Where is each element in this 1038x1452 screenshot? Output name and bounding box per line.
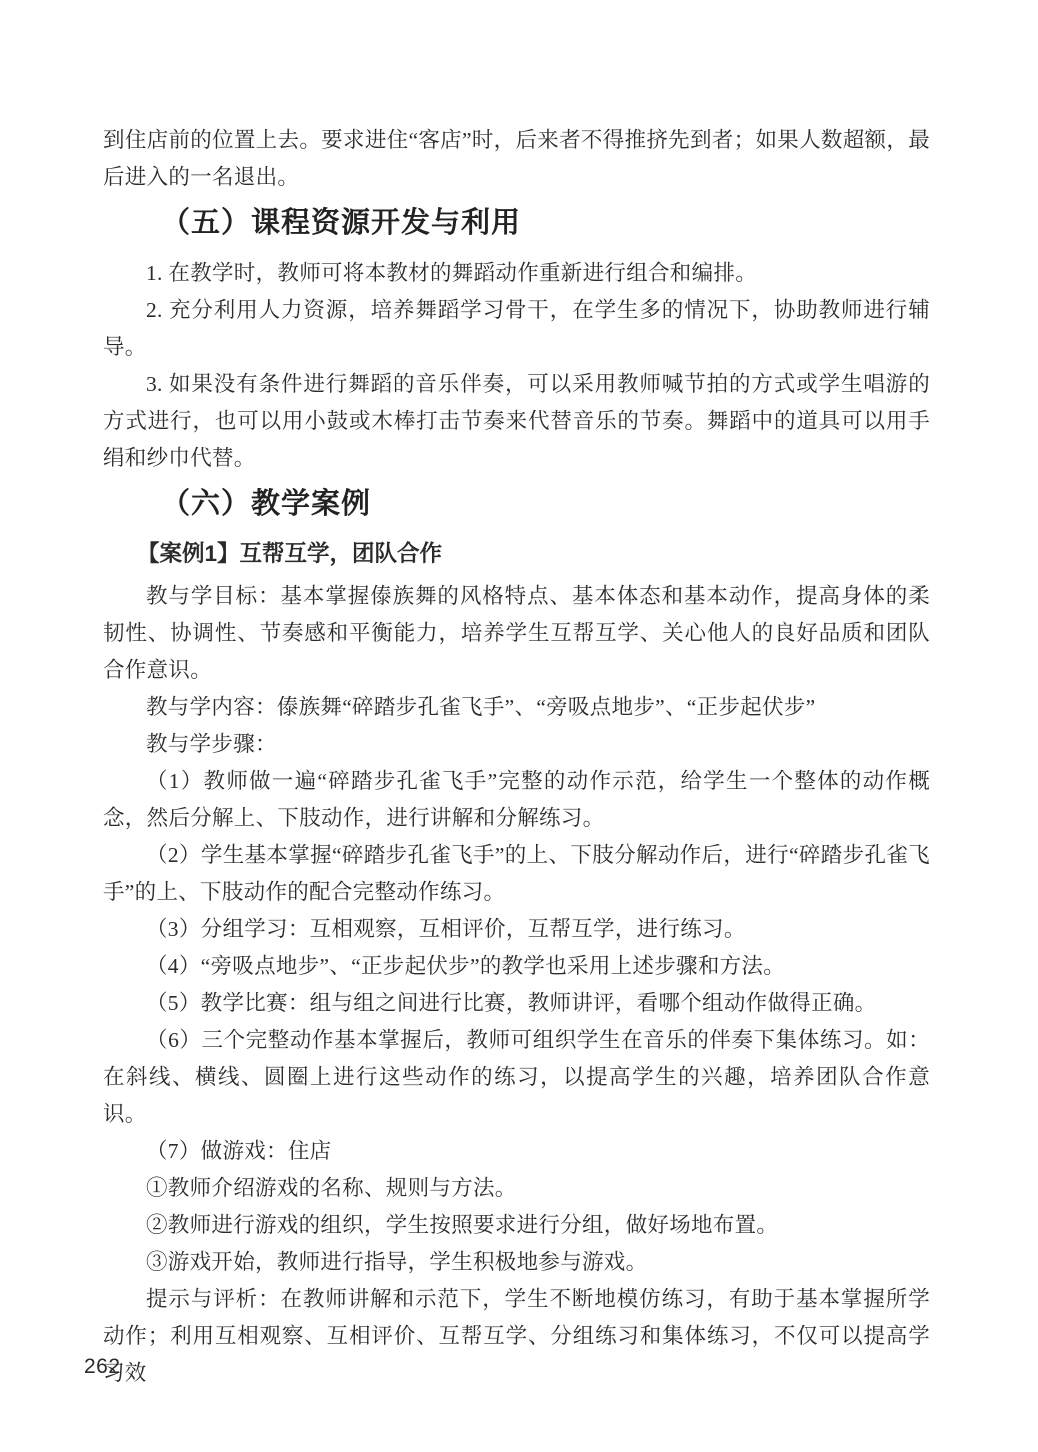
paragraph-content: 教与学内容：傣族舞“碎踏步孔雀飞手”、“旁吸点地步”、“正步起伏步” — [103, 689, 930, 726]
paragraph: 到住店前的位置上去。要求进住“客店”时，后来者不得推挤先到者；如果人数超额，最后… — [103, 122, 930, 196]
game-step-1: ①教师介绍游戏的名称、规则与方法。 — [103, 1170, 930, 1207]
game-step-3: ③游戏开始，教师进行指导，学生积极地参与游戏。 — [103, 1244, 930, 1281]
step-7: （7）做游戏：住店 — [103, 1133, 930, 1170]
step-3: （3）分组学习：互相观察，互相评价，互帮互学，进行练习。 — [103, 911, 930, 948]
paragraph-steps-label: 教与学步骤： — [103, 726, 930, 763]
step-5: （5）教学比赛：组与组之间进行比赛，教师讲评，看哪个组动作做得正确。 — [103, 985, 930, 1022]
list-item-1: 1. 在教学时，教师可将本教材的舞蹈动作重新进行组合和编排。 — [103, 255, 930, 292]
document-page: 到住店前的位置上去。要求进住“客店”时，后来者不得推挤先到者；如果人数超额，最后… — [0, 0, 1038, 1452]
game-step-2: ②教师进行游戏的组织，学生按照要求进行分组，做好场地布置。 — [103, 1207, 930, 1244]
paragraph-tips: 提示与评析：在教师讲解和示范下，学生不断地模仿练习，有助于基本掌握所学动作；利用… — [103, 1281, 930, 1392]
list-item-2: 2. 充分利用人力资源，培养舞蹈学习骨干，在学生多的情况下，协助教师进行辅导。 — [103, 292, 930, 366]
section-heading-6: （六）教学案例 — [103, 484, 930, 524]
step-1: （1）教师做一遍“碎踏步孔雀飞手”完整的动作示范，给学生一个整体的动作概念，然后… — [103, 763, 930, 837]
step-6: （6）三个完整动作基本掌握后，教师可组织学生在音乐的伴奏下集体练习。如：在斜线、… — [103, 1022, 930, 1133]
page-body: 到住店前的位置上去。要求进住“客店”时，后来者不得推挤先到者；如果人数超额，最后… — [103, 122, 930, 1392]
section-heading-5: （五）课程资源开发与利用 — [103, 203, 930, 243]
paragraph-goals: 教与学目标：基本掌握傣族舞的风格特点、基本体态和基本动作，提高身体的柔韧性、协调… — [103, 578, 930, 689]
case-heading: 【案例1】互帮互学，团队合作 — [103, 536, 930, 572]
step-2: （2）学生基本掌握“碎踏步孔雀飞手”的上、下肢分解动作后，进行“碎踏步孔雀飞手”… — [103, 837, 930, 911]
page-number: 262 — [84, 1355, 121, 1379]
list-item-3: 3. 如果没有条件进行舞蹈的音乐伴奏，可以采用教师喊节拍的方式或学生唱游的方式进… — [103, 366, 930, 477]
step-4: （4）“旁吸点地步”、“正步起伏步”的教学也采用上述步骤和方法。 — [103, 948, 930, 985]
